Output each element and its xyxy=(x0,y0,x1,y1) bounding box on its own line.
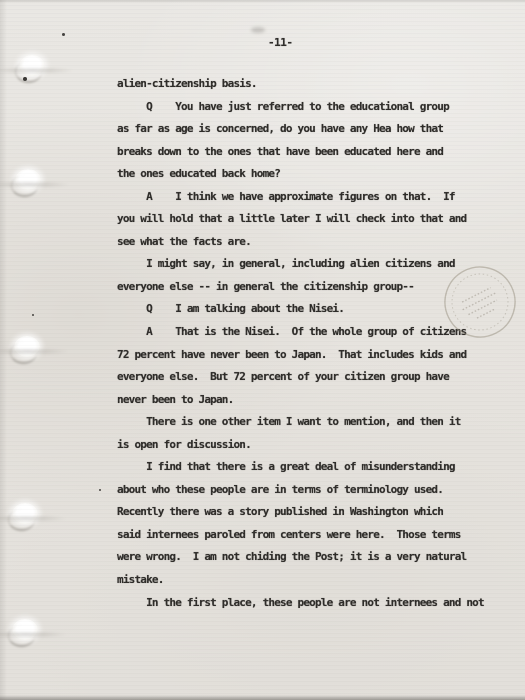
typed-line: said internees paroled from centers were… xyxy=(117,524,517,547)
typed-line: Q You have just referred to the educatio… xyxy=(117,96,517,119)
scan-edge-top xyxy=(0,0,525,3)
typed-line: Recently there was a story published in … xyxy=(117,501,517,524)
ink-speck xyxy=(99,489,101,491)
punch-hole xyxy=(19,55,45,76)
ink-speck xyxy=(23,77,27,81)
typed-line: is open for discussion. xyxy=(117,434,517,457)
typed-line: breaks down to the ones that have been e… xyxy=(117,141,517,164)
punch-hole xyxy=(12,503,38,524)
scanned-document-page: -11- alien-citizenship basis. Q You have… xyxy=(0,0,525,700)
typed-line: I find that there is a great deal of mis… xyxy=(117,456,517,479)
punch-hole xyxy=(12,619,38,640)
typed-line: mistake. xyxy=(117,569,517,592)
typed-line: A I think we have approximate figures on… xyxy=(117,186,517,209)
ink-speck xyxy=(436,130,438,132)
typed-line: everyone else. But 72 percent of your ci… xyxy=(117,366,517,389)
typed-line: you will hold that a little later I will… xyxy=(117,208,517,231)
ink-smudge xyxy=(251,27,265,33)
page-number: -11- xyxy=(268,36,293,49)
typed-line: as far as age is concerned, do you have … xyxy=(117,118,517,141)
typed-line: were wrong. I am not chiding the Post; i… xyxy=(117,546,517,569)
typed-line: see what the facts are. xyxy=(117,231,517,254)
typed-line: There is one other item I want to mentio… xyxy=(117,411,517,434)
typed-line: In the first place, these people are not… xyxy=(117,592,517,615)
punch-hole xyxy=(15,169,41,190)
typed-line: never been to Japan. xyxy=(117,389,517,412)
typed-line: the ones educated back home? xyxy=(117,163,517,186)
typed-line: about who these people are in terms of t… xyxy=(117,479,517,502)
typed-line: alien-citizenship basis. xyxy=(117,73,517,96)
scan-edge-bottom xyxy=(0,695,525,700)
ink-speck xyxy=(62,33,65,36)
punch-hole xyxy=(14,336,40,357)
ink-speck xyxy=(32,314,34,316)
